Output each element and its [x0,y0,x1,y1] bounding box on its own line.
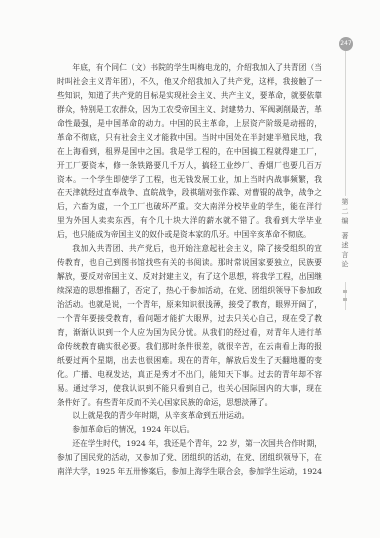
text-line: 些知识，知道了共产党的目标是实现社会主义、共产主义，要革命，就要依靠 [57,89,322,103]
text-line: 一个青年要接受教育，看问题才能扩大眼界，过去只关心自己，现在受了教 [57,312,322,326]
margin-section-label: 著述言论 [340,232,350,270]
text-line: 命传统教育确实很必要。我们那时条件很差，就很辛苦，在云南看上海的报 [57,340,322,354]
text-line: 后，六畜为虚，一个工厂也破坏严重。交大南洋分校毕业的学生，能在洋行 [57,200,322,214]
text-line: 里为外国人卖卖东西，有个几十块大洋的薪水就不错了。我看到大学毕业 [57,214,322,228]
margin-ornament-dot [343,298,347,301]
text-line: 开工厂要资本，修一条铁路要几千万人，搞轻工业纱厂、香烟厂也要几百万 [57,159,322,173]
text-line: 后，也只能成为帝国主义的奴仆或是资本家的爪牙。中国辛亥革命不彻底。 [57,228,322,242]
margin-rule-bottom [345,282,346,310]
book-page: 247 第二编 著述言论 年底，有个同仁（文）书院的学生叫梅电龙的，介绍我加入了… [0,0,380,538]
text-line: 在天津就经过直奉战争、直皖战争，段祺瑞对张作霖、对曹锟的战争，战争之 [57,186,322,200]
text-line: 还在学生时代，1924 年，我还是个青年，22 岁，第一次国共合作时期，即 [57,437,322,451]
text-line: 在上海看到，租界是国中之国。我是学工程的，在中国搞工程就得建工厂， [57,145,322,159]
text-line: 南洋大学，1925 年五卅惨案后，参加上海学生联合会，参加学生运动，1924 [57,465,322,479]
text-line: 易。通过学习，使我认识到不能只看到自己，也关心国际国内的大事，现在 [57,382,322,396]
text-line: 时叫社会主义青年团），不久，他又介绍我加入了共产党，这样，我接触了一 [57,75,322,89]
text-line: 纸要过两个星期，出去也很困难。现在的青年，解放后发生了天翻地覆的变 [57,354,322,368]
text-line: 条件好了。有些青年反而不关心国家民族的命运，思想淡薄了。 [57,396,322,410]
text-line: 以上就是我的青少年时期，从辛亥革命到五卅运动。 [57,409,322,423]
margin-ornament-dot [343,290,347,293]
text-line: 解放，要反对帝国主义、反对封建主义，有了这个思想，将我学工程，出国继 [57,270,322,284]
page-number-badge: 247 [339,37,353,51]
text-line: 群众，特别是工农群众，因为工农受帝国主义、封建势力、军阀剥削最苦，革 [57,103,322,117]
text-line: 化。广播、电视发达，真正是秀才不出门，能知天下事。过去的青年却不容 [57,368,322,382]
body-text: 年底，有个同仁（文）书院的学生叫梅电龙的，介绍我加入了共青团（当时叫社会主义青年… [57,61,322,479]
text-line: 参加了国民党的活动，又参加了党、团组织的活动，在党、团组织领导下，在 [57,451,322,465]
margin-rule-top [345,51,346,196]
text-line: 传教育，也自己到图书馆找些有关的书阅读。那时常说国家要独立，民族要 [57,256,322,270]
text-line: 治活动。也就是说，一个青年，原来知识很浅薄，接受了教育，眼界开阔了， [57,298,322,312]
text-line: 命性最强，是中国革命的动力。中国的民主革命，上层资产阶级是动摇的， [57,117,322,131]
text-line: 续深造的思想推翻了，否定了，热心于参加活动，在党、团组织领导下参加政 [57,284,322,298]
text-line: 革命不彻底，只有社会主义才能救中国。当时中国处在半封建半殖民地，我 [57,131,322,145]
page-number: 247 [340,40,351,47]
text-line: 我加入共青团、共产党后，也开始注意起社会主义，除了接受组织的宣 [57,242,322,256]
margin-volume-label: 第二编 [340,198,350,227]
text-line: 育，渐渐认识到一个人应为国为民分忧。从我们的经过看，对青年人进行革 [57,326,322,340]
text-line: 年底，有个同仁（文）书院的学生叫梅电龙的，介绍我加入了共青团（当 [57,61,322,75]
text-line: 资本。一个学生即使学了工程，也无钱发展工业，加上当时内战事频繁，我 [57,173,322,187]
text-line: 参加革命后的情况，1924 年以后。 [57,423,322,437]
